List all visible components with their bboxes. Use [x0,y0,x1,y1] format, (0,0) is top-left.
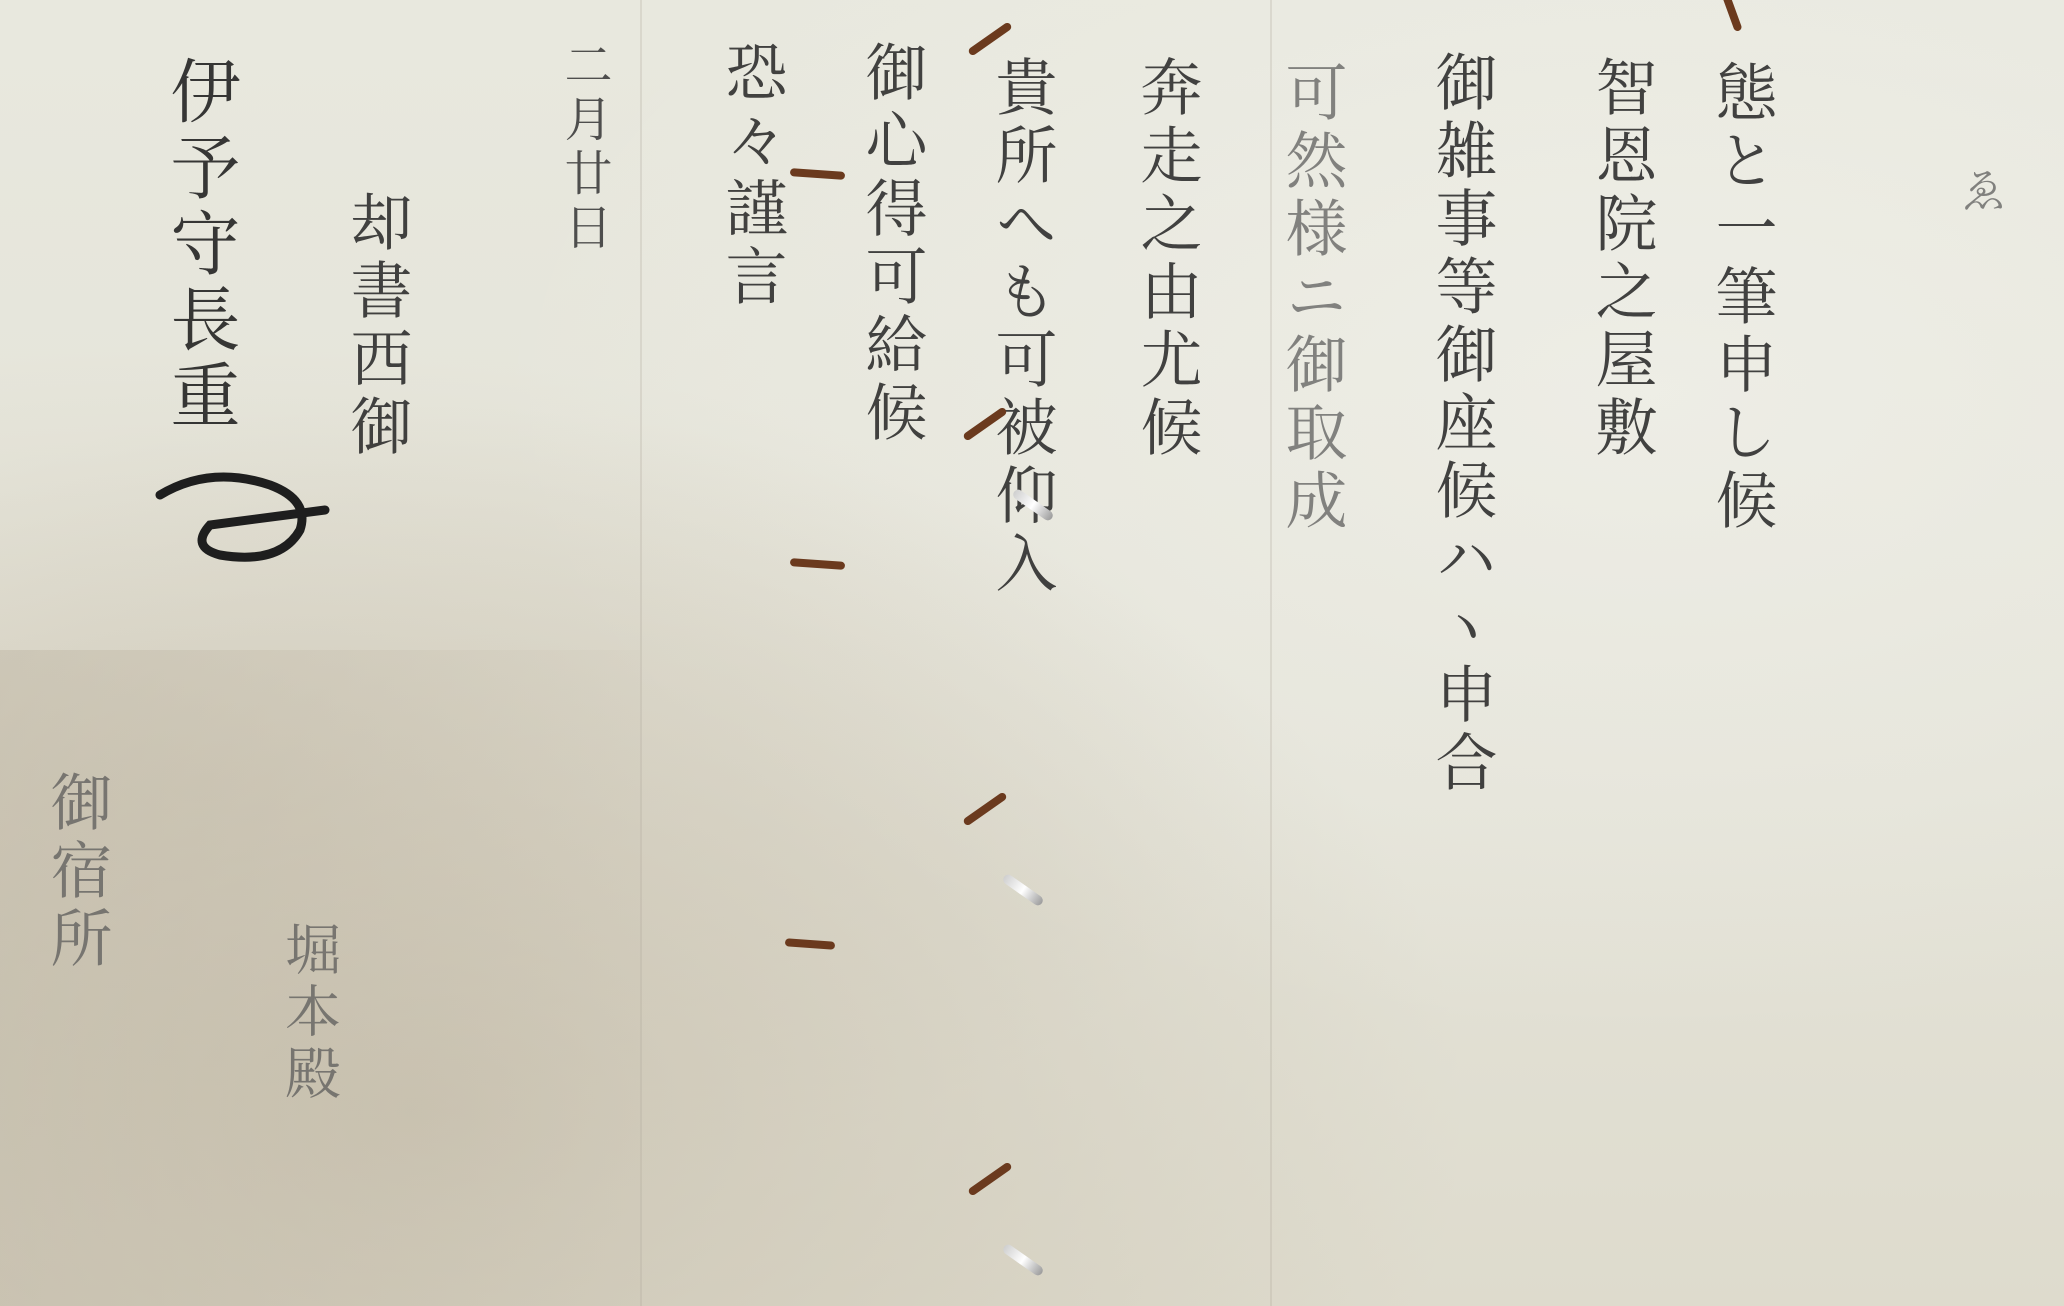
body-column-4: 可然様ニ御取成 [1280,60,1342,536]
paper-fiber [790,558,845,570]
silk-thread [1001,873,1044,908]
paper-fiber [1721,0,1742,32]
signature: 伊予守長重 [165,55,235,435]
date-line: 二月廿日 [560,40,608,256]
body-column-1: 態と一筆申し候 [1710,60,1772,536]
fold-line [1270,0,1272,1306]
paper-fiber [962,791,1008,826]
body-column-8: 恐々謹言 [720,40,782,312]
kao-cipher-icon [150,455,330,575]
body-column-3: 御雑事等御座候ハヽ申合 [1430,50,1492,798]
paper-fiber [785,938,835,949]
sender-line: 却書西御 [345,190,407,462]
fold-line [640,0,642,1306]
manuscript-sheet: ゑ 態と一筆申し候 智恩院之屋敷 御雑事等御座候ハヽ申合 可然様ニ御取成 奔走之… [0,0,2064,1306]
paper-fiber [967,21,1013,56]
paper-fiber [790,168,845,180]
body-column-7: 御心得可給候 [860,40,922,448]
endorsement-place: 御宿所 [45,770,107,974]
silk-thread [1001,1243,1044,1278]
endorsement-addressee: 堀本殿 [280,920,336,1106]
body-column-2: 智恩院之屋敷 [1590,55,1652,463]
body-column-5: 奔走之由尤候 [1135,55,1197,463]
opening-mark: ゑ [1955,165,2003,219]
paper-fiber [967,1161,1013,1196]
